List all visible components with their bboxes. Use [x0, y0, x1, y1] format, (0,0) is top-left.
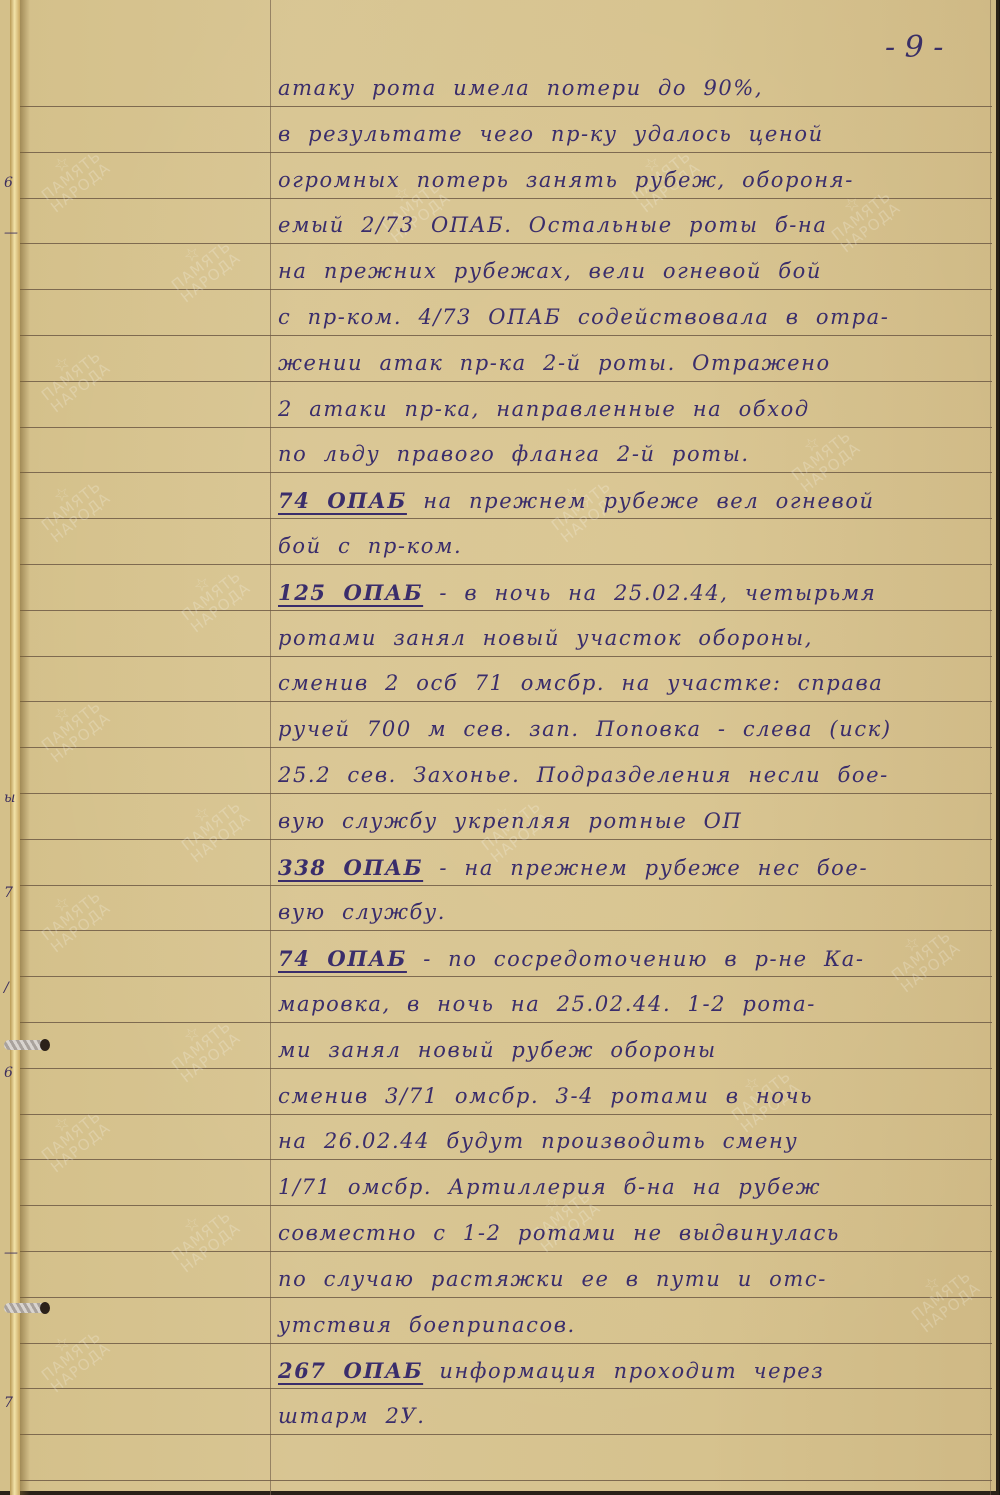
ruled-line [18, 885, 992, 886]
ruled-line [18, 1114, 992, 1115]
spine-shadow [20, 0, 30, 1495]
watermark: ☆ПАМЯТЬНАРОДА [30, 337, 113, 416]
line-body: емый 2/73 ОПАБ. Остальные роты б-на [278, 213, 828, 237]
text-line: вую службу. [278, 900, 990, 924]
text-line: на прежних рубежах, вели огневой бой [278, 259, 990, 283]
text-line: 2 атаки пр-ка, направленные на обход [278, 397, 990, 421]
unit-label: 74 ОПАБ [278, 946, 407, 971]
margin-mark: 7 [4, 1395, 13, 1411]
ruled-line [18, 1251, 992, 1252]
line-body: ми занял новый рубеж обороны [278, 1038, 717, 1062]
ruled-line [18, 564, 992, 565]
ruled-line [18, 839, 992, 840]
ruled-line [18, 243, 992, 244]
ruled-line [18, 1068, 992, 1069]
margin-mark: 6 [4, 1065, 13, 1081]
line-body: 1/71 омсбр. Артиллерия б-на на рубеж [278, 1175, 821, 1199]
line-body: ротами занял новый участок обороны, [278, 626, 813, 650]
text-line: 125 ОПАБ - в ночь на 25.02.44, четырьмя [278, 580, 990, 605]
watermark: ☆ПАМЯТЬНАРОДА [170, 787, 253, 866]
ruled-line [18, 198, 992, 199]
line-body: 25.2 сев. Захонье. Подразделения несли б… [278, 763, 889, 787]
watermark: ☆ПАМЯТЬНАРОДА [170, 557, 253, 636]
line-body: вую службу. [278, 900, 446, 924]
text-line: ручей 700 м сев. зап. Поповка - слева (и… [278, 717, 990, 741]
line-body: по случаю растяжки ее в пути и отс- [278, 1267, 827, 1291]
line-body: на прежних рубежах, вели огневой бой [278, 259, 822, 283]
binding-thread [4, 1303, 48, 1313]
text-line: сменив 3/71 омсбр. 3-4 ротами в ночь [278, 1084, 990, 1108]
unit-label: 338 ОПАБ [278, 855, 423, 880]
text-line: жении атак пр-ка 2-й роты. Отражено [278, 351, 990, 375]
star-icon: ☆ [30, 337, 95, 392]
watermark: ☆ПАМЯТЬНАРОДА [30, 1317, 113, 1396]
line-body: бой с пр-ком. [278, 534, 462, 558]
line-body: совместно с 1-2 ротами не выдвинулась [278, 1221, 840, 1245]
ruled-line [18, 152, 992, 153]
text-line: маровка, в ночь на 25.02.44. 1-2 рота- [278, 992, 990, 1016]
text-line: сменив 2 осб 71 омсбр. на участке: справ… [278, 671, 990, 695]
line-body: утствия боеприпасов. [278, 1313, 576, 1337]
ruled-line [18, 747, 992, 748]
text-line: в результате чего пр-ку удалось ценой [278, 122, 990, 146]
star-icon: ☆ [160, 1007, 225, 1062]
line-body: жении атак пр-ка 2-й роты. Отражено [278, 351, 831, 375]
line-body: по льду правого фланга 2-й роты. [278, 442, 750, 466]
line-body: атаку рота имела потери до 90%, [278, 76, 763, 100]
text-line: 25.2 сев. Захонье. Подразделения несли б… [278, 763, 990, 787]
text-line: 1/71 омсбр. Артиллерия б-на на рубеж [278, 1175, 990, 1199]
ruled-line [18, 656, 992, 657]
watermark: ☆ПАМЯТЬНАРОДА [30, 467, 113, 546]
ruled-line [18, 976, 992, 977]
line-body: на прежнем рубеже вел огневой [407, 489, 875, 513]
ruled-line [18, 1022, 992, 1023]
star-icon: ☆ [30, 467, 95, 522]
text-line: 338 ОПАБ - на прежнем рубеже нес бое- [278, 855, 990, 880]
unit-label: 125 ОПАБ [278, 580, 423, 605]
star-icon: ☆ [160, 227, 225, 282]
ruled-line [18, 381, 992, 382]
line-body: вую службу укрепляя ротные ОП [278, 809, 742, 833]
ruled-line [18, 289, 992, 290]
line-body: сменив 3/71 омсбр. 3-4 ротами в ночь [278, 1084, 813, 1108]
line-body: сменив 2 осб 71 омсбр. на участке: справ… [278, 671, 883, 695]
line-body: штарм 2У. [278, 1404, 425, 1428]
watermark: ☆ПАМЯТЬНАРОДА [160, 227, 243, 306]
ruled-line [18, 472, 992, 473]
line-body: на 26.02.44 будут производить смену [278, 1129, 798, 1153]
line-body: с пр-ком. 4/73 ОПАБ содействовала в отра… [278, 305, 889, 329]
watermark: ☆ПАМЯТЬНАРОДА [30, 1097, 113, 1176]
ruled-line [18, 1297, 992, 1298]
ruled-line [18, 1480, 992, 1481]
watermark: ☆ПАМЯТЬНАРОДА [160, 1007, 243, 1086]
page-number: - 9 - [885, 30, 943, 65]
watermark: ☆ПАМЯТЬНАРОДА [160, 1197, 243, 1276]
text-line: 74 ОПАБ на прежнем рубеже вел огневой [278, 488, 990, 513]
margin-mark: — [4, 1245, 18, 1261]
ruled-line [18, 1159, 992, 1160]
text-line: совместно с 1-2 ротами не выдвинулась [278, 1221, 990, 1245]
ruled-line [18, 1205, 992, 1206]
line-body: - по сосредоточению в р-не Ка- [407, 947, 865, 971]
text-line: 74 ОПАБ - по сосредоточению в р-не Ка- [278, 946, 990, 971]
line-body: информация проходит через [423, 1359, 824, 1383]
line-body: ручей 700 м сев. зап. Поповка - слева (и… [278, 717, 892, 741]
unit-label: 267 ОПАБ [278, 1358, 423, 1383]
watermark: ☆ПАМЯТЬНАРОДА [30, 137, 113, 216]
line-body: в результате чего пр-ку удалось ценой [278, 122, 824, 146]
binding-thread [4, 1040, 48, 1050]
ruled-line [18, 427, 992, 428]
ruled-line [18, 1388, 992, 1389]
ruled-line [18, 701, 992, 702]
ruled-line [18, 610, 992, 611]
watermark: ☆ПАМЯТЬНАРОДА [30, 877, 113, 956]
text-line: ми занял новый рубеж обороны [278, 1038, 990, 1062]
text-line: с пр-ком. 4/73 ОПАБ содействовала в отра… [278, 305, 990, 329]
ruled-line [18, 793, 992, 794]
document-page: ☆ПАМЯТЬНАРОДА☆ПАМЯТЬНАРОДА☆ПАМЯТЬНАРОДА☆… [0, 0, 999, 1495]
text-line: штарм 2У. [278, 1404, 990, 1428]
margin-mark: / [4, 980, 9, 996]
line-body: маровка, в ночь на 25.02.44. 1-2 рота- [278, 992, 816, 1016]
line-body: огромных потерь занять рубеж, обороня- [278, 168, 854, 192]
text-line: огромных потерь занять рубеж, обороня- [278, 168, 990, 192]
text-line: бой с пр-ком. [278, 534, 990, 558]
ruled-line [18, 1434, 992, 1435]
margin-mark: 7 [4, 885, 13, 901]
text-line: 267 ОПАБ информация проходит через [278, 1358, 990, 1383]
watermark: ☆ПАМЯТЬНАРОДА [30, 687, 113, 766]
ruled-line [18, 518, 992, 519]
star-icon: ☆ [30, 687, 95, 742]
line-body: - на прежнем рубеже нес бое- [423, 856, 868, 880]
margin-mark: — [4, 225, 18, 241]
star-icon: ☆ [30, 137, 95, 192]
text-line: по льду правого фланга 2-й роты. [278, 442, 990, 466]
line-body: 2 атаки пр-ка, направленные на обход [278, 397, 810, 421]
star-icon: ☆ [30, 1317, 95, 1372]
text-line: атаку рота имела потери до 90%, [278, 76, 990, 100]
star-icon: ☆ [170, 787, 235, 842]
text-line: на 26.02.44 будут производить смену [278, 1129, 990, 1153]
text-line: вую службу укрепляя ротные ОП [278, 809, 990, 833]
margin-mark: 6 [4, 175, 13, 191]
ruled-line [18, 335, 992, 336]
text-line: утствия боеприпасов. [278, 1313, 990, 1337]
ruled-line [18, 930, 992, 931]
text-line: емый 2/73 ОПАБ. Остальные роты б-на [278, 213, 990, 237]
star-icon: ☆ [30, 1097, 95, 1152]
ruled-line [18, 106, 992, 107]
ruled-line [18, 1343, 992, 1344]
text-line: по случаю растяжки ее в пути и отс- [278, 1267, 990, 1291]
unit-label: 74 ОПАБ [278, 488, 407, 513]
line-body: - в ночь на 25.02.44, четырьмя [423, 581, 876, 605]
margin-mark: ы [4, 790, 15, 806]
text-line: ротами занял новый участок обороны, [278, 626, 990, 650]
